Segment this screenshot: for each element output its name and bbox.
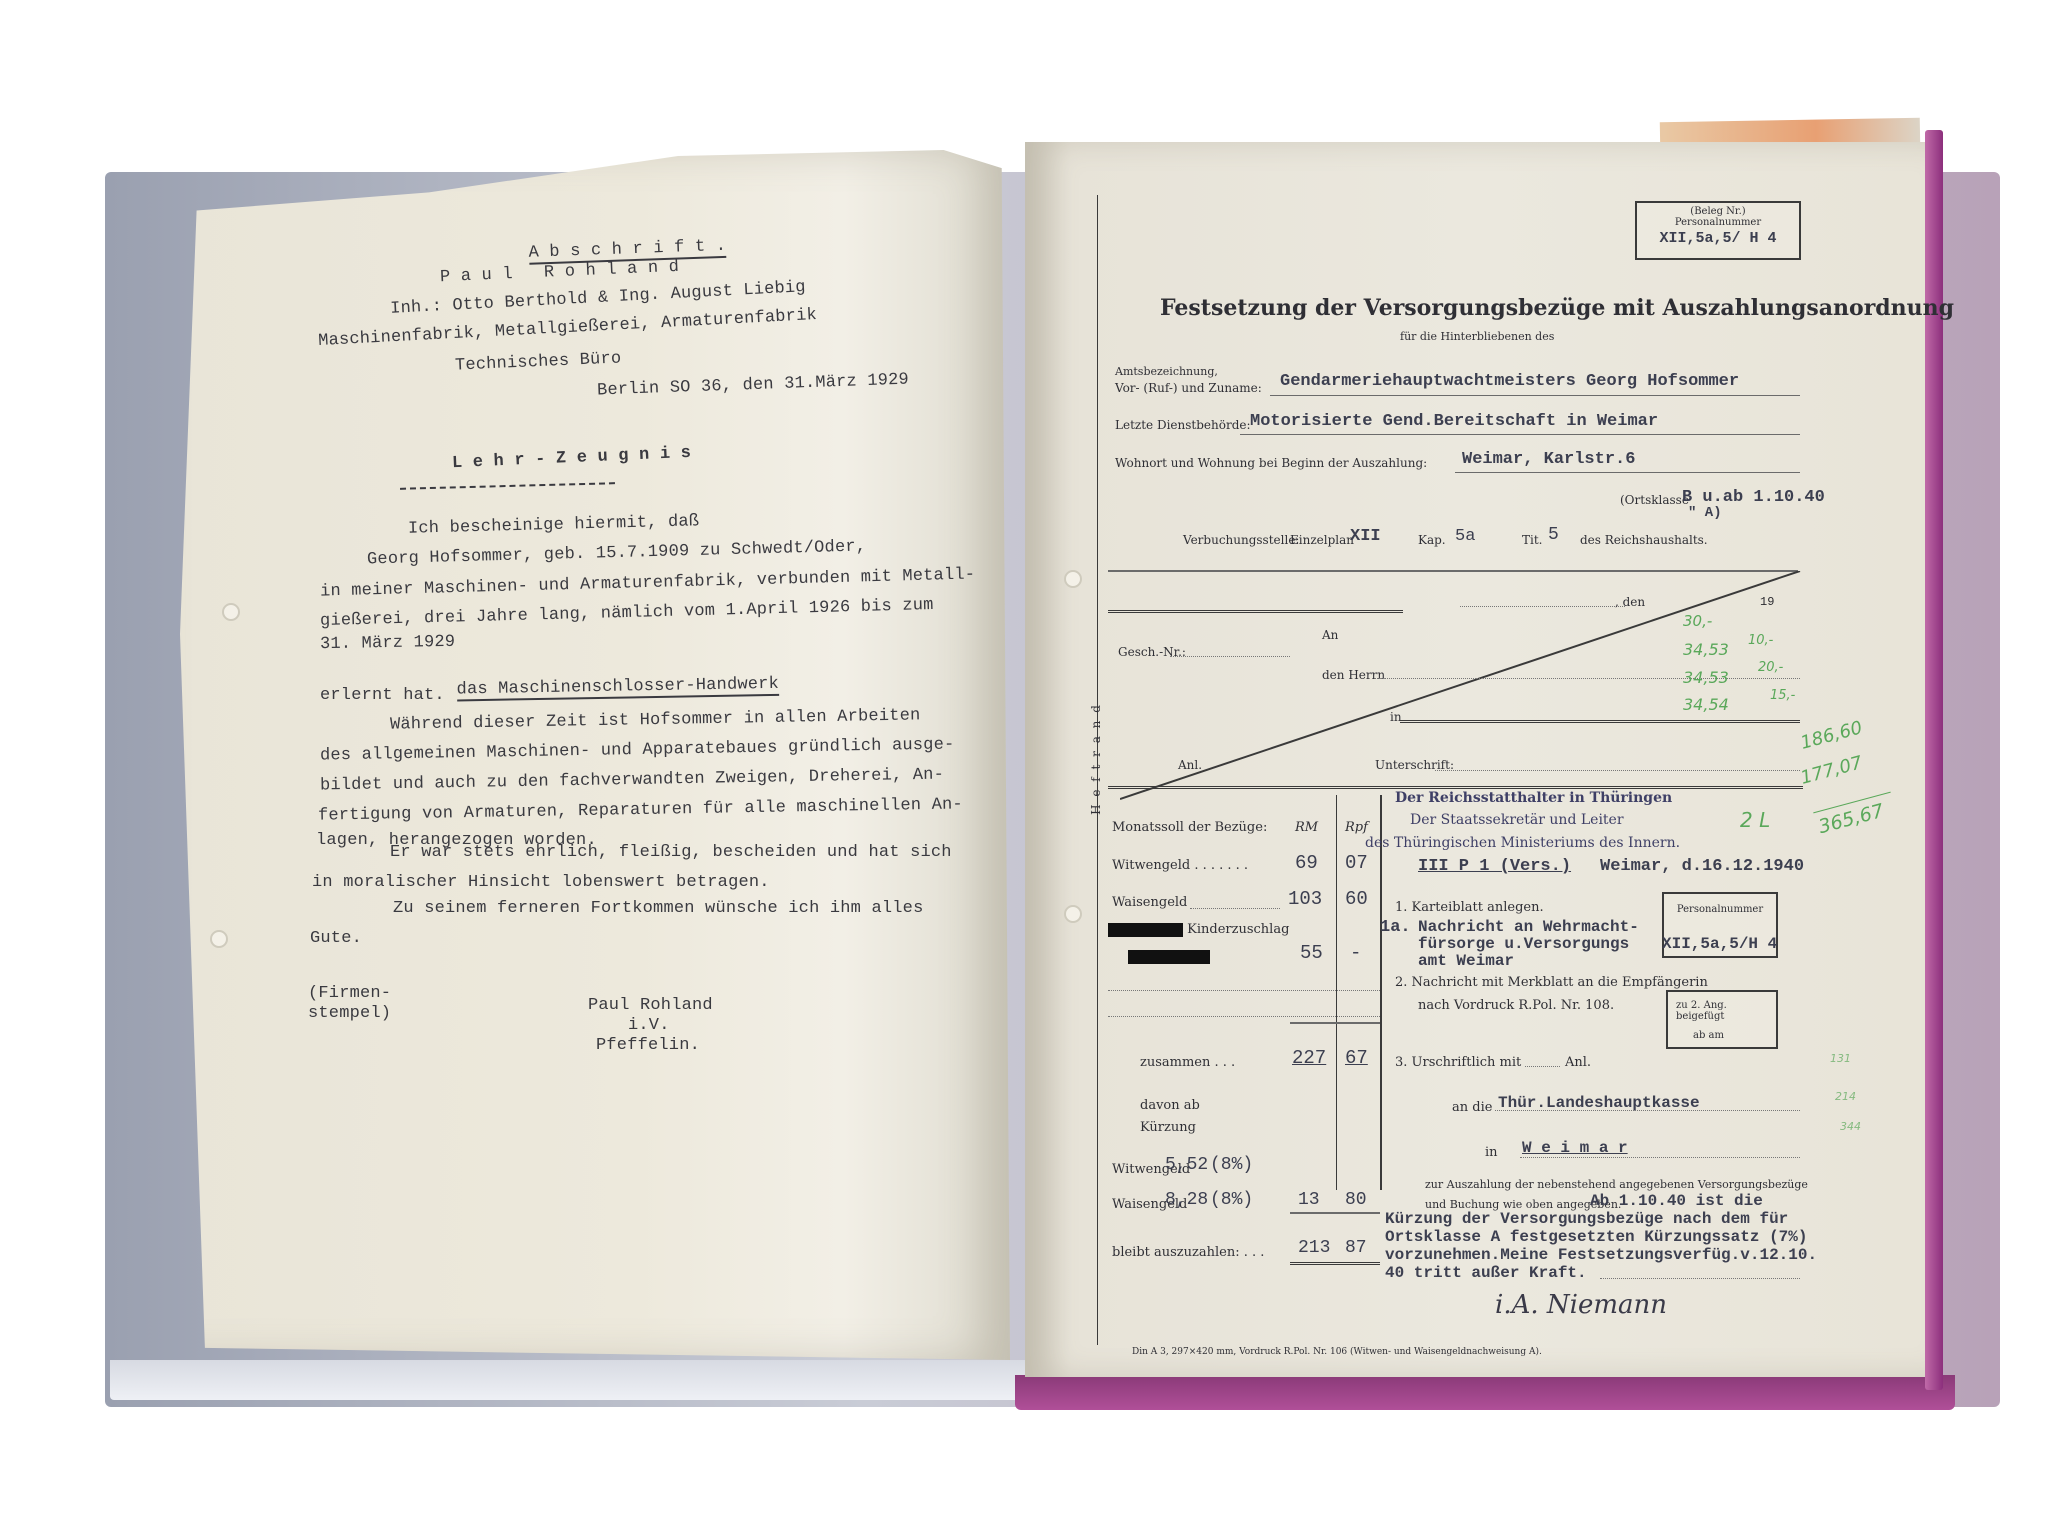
rule bbox=[1400, 720, 1800, 723]
anl-label: Anl. bbox=[1178, 758, 1202, 772]
in-label: in bbox=[1485, 1145, 1498, 1160]
reference: III P 1 (Vers.) bbox=[1418, 857, 1571, 876]
instruction-1a-num: 1a. bbox=[1380, 918, 1411, 937]
signature-name: Paul Rohland bbox=[588, 995, 713, 1017]
in-value: W e i m a r bbox=[1522, 1139, 1628, 1157]
rule bbox=[1170, 656, 1290, 657]
row-rpf: 07 bbox=[1345, 852, 1368, 874]
beleg-label: (Beleg Nr.) bbox=[1637, 206, 1799, 217]
form-footer: Din A 3, 297×420 mm, Vordruck R.Pol. Nr.… bbox=[1132, 1347, 1542, 1357]
ortsklasse-label: (Ortsklasse bbox=[1620, 493, 1689, 507]
para3-line-1: Er war stets ehrlich, fleißig, bescheide… bbox=[390, 842, 952, 864]
instruction-1a-line-2: fürsorge u.Versorgungs bbox=[1418, 935, 1629, 953]
verbuchung-label: Verbuchungsstelle: bbox=[1183, 533, 1299, 547]
redaction-bar bbox=[1128, 950, 1210, 966]
deduction-total-rpf: 80 bbox=[1345, 1190, 1367, 1210]
rule bbox=[1190, 908, 1280, 909]
punch-hole bbox=[1064, 570, 1082, 588]
pencil-side-figure: 344 bbox=[1840, 1120, 1861, 1133]
typed-note-line-1: Ab 1.10.40 ist die bbox=[1590, 1192, 1763, 1210]
payout-rm: 213 bbox=[1298, 1238, 1330, 1258]
payout-label: bleibt auszuzahlen: . . . bbox=[1112, 1245, 1264, 1260]
handwritten-signature: i.A. Niemann bbox=[1495, 1290, 1667, 1320]
beleg-number-box: (Beleg Nr.) Personalnummer XII,5a,5/ H 4 bbox=[1635, 201, 1801, 260]
beigefuegt-box: zu 2. Ang. beigefügt ab am bbox=[1666, 990, 1778, 1049]
zur-auszahlung-line-1: zur Auszahlung der nebenstehend angegebe… bbox=[1425, 1178, 1808, 1191]
rule bbox=[1460, 606, 1625, 607]
rule bbox=[1455, 472, 1800, 473]
signature-signer: Pfeffelin. bbox=[596, 1035, 700, 1057]
einzelplan-value: XII bbox=[1350, 527, 1381, 546]
personalnummer-value: XII,5a,5/H 4 bbox=[1662, 935, 1777, 953]
deduction-label-1: davon ab bbox=[1140, 1098, 1200, 1113]
bezuege-header: Monatssoll der Bezüge: bbox=[1112, 820, 1267, 835]
learned-suffix: erlernt hat. bbox=[320, 685, 445, 707]
personalnummer-label: Personalnummer bbox=[1637, 217, 1799, 228]
payout-rpf: 87 bbox=[1345, 1238, 1367, 1258]
rule bbox=[1108, 786, 1803, 789]
total-rpf: 67 bbox=[1345, 1047, 1368, 1069]
year-label: 19 bbox=[1760, 595, 1774, 609]
deduction-total-rm: 13 bbox=[1298, 1190, 1320, 1210]
pencil-note: 20,- bbox=[1758, 660, 1783, 675]
deduction-pct: (8%) bbox=[1210, 1155, 1253, 1175]
dienstbehoerde-label: Letzte Dienstbehörde: bbox=[1115, 418, 1251, 432]
row-rm: 55 bbox=[1300, 942, 1323, 964]
personalnummer-label: Personalnummer bbox=[1664, 904, 1776, 915]
deduction-pct: (8%) bbox=[1210, 1190, 1253, 1210]
rule bbox=[1375, 678, 1800, 679]
rule bbox=[1495, 1110, 1800, 1111]
rule bbox=[1270, 395, 1800, 396]
rule bbox=[1290, 1022, 1380, 1024]
stamp-line-2: Der Staatssekretär und Leiter bbox=[1410, 812, 1624, 828]
pencil-note: 15,- bbox=[1770, 688, 1795, 703]
row-label: Waisengeld bbox=[1112, 895, 1187, 910]
rule bbox=[1108, 610, 1403, 613]
wohnort-value: Weimar, Karlstr.6 bbox=[1462, 450, 1635, 469]
rule bbox=[1525, 1066, 1560, 1067]
binder-sleeve-left bbox=[110, 1360, 1030, 1400]
amtsbezeichnung-label: Amtsbezeichnung, bbox=[1115, 365, 1218, 378]
an-die-label: an die bbox=[1452, 1100, 1492, 1115]
pencil-note: 30,- bbox=[1683, 612, 1712, 630]
para3-line-2: in moralischer Hinsicht lobenswert betra… bbox=[312, 872, 770, 894]
total-label: zusammen . . . bbox=[1140, 1055, 1235, 1070]
body-line-5: 31. März 1929 bbox=[320, 632, 456, 656]
binder-sleeve-right bbox=[1015, 1375, 1955, 1410]
rule bbox=[1240, 434, 1800, 435]
row-rpf: - bbox=[1350, 942, 1361, 964]
typed-note-line-4: vorzunehmen.Meine Festsetzungsverfüg.v.1… bbox=[1385, 1246, 1817, 1264]
kap-value: 5a bbox=[1455, 527, 1475, 546]
tit-value: 5 bbox=[1548, 525, 1559, 545]
beigefuegt-line-1: zu 2. Ang. beigefügt bbox=[1676, 1000, 1776, 1022]
stamp-note-1: (Firmen- bbox=[308, 983, 391, 1005]
instruction-3-prefix: 3. Urschriftlich mit bbox=[1395, 1055, 1521, 1070]
wohnort-label: Wohnort und Wohnung bei Beginn der Ausza… bbox=[1115, 456, 1427, 470]
column-rule bbox=[1380, 795, 1382, 1190]
row-label: Kinderzuschlag bbox=[1187, 922, 1289, 937]
col-rpf: Rpf bbox=[1345, 820, 1368, 835]
instruction-1a-line-3: amt Weimar bbox=[1418, 952, 1514, 970]
an-label: An bbox=[1322, 628, 1338, 642]
redaction-bar bbox=[1108, 923, 1183, 937]
stamp-line-3: des Thüringischen Ministeriums des Inner… bbox=[1365, 835, 1680, 851]
form-title: Festsetzung der Versorgungsbezüge mit Au… bbox=[1160, 295, 1954, 321]
total-rm: 227 bbox=[1292, 1047, 1326, 1069]
pencil-note: 34,53 bbox=[1683, 640, 1729, 659]
para4-line-2: Gute. bbox=[310, 928, 362, 950]
rule bbox=[1290, 1212, 1380, 1214]
den-label: , den bbox=[1615, 595, 1645, 609]
name-label: Vor- (Ruf-) und Zuname: bbox=[1115, 381, 1262, 395]
instruction-1a-line-1: Nachricht an Wehrmacht- bbox=[1418, 918, 1639, 936]
pencil-side-figure: 131 bbox=[1830, 1052, 1851, 1065]
instruction-2-line-1: 2. Nachricht mit Merkblatt an die Empfän… bbox=[1395, 975, 1708, 990]
trade-learned: das Maschinenschlosser-Handwerk bbox=[456, 675, 779, 702]
stamp-note-2: stempel) bbox=[308, 1003, 391, 1025]
column-rule bbox=[1336, 795, 1337, 1190]
signature-iv: i.V. bbox=[628, 1015, 670, 1037]
den-herrn-label: den Herrn bbox=[1322, 668, 1385, 682]
haushalt-label: des Reichshaushalts. bbox=[1580, 533, 1708, 547]
rule bbox=[1108, 1016, 1380, 1017]
rule bbox=[1520, 1157, 1800, 1158]
typed-note-line-5: 40 tritt außer Kraft. bbox=[1385, 1264, 1587, 1282]
punch-hole bbox=[210, 930, 228, 948]
authority-place-date: Weimar, d.16.12.1940 bbox=[1600, 857, 1804, 876]
pencil-note: 10,- bbox=[1748, 633, 1773, 648]
typed-note-line-2: Kürzung der Versorgungsbezüge nach dem f… bbox=[1385, 1210, 1788, 1228]
pencil-side-figure: 214 bbox=[1835, 1090, 1856, 1103]
kap-label: Kap. bbox=[1418, 533, 1446, 547]
deduction-value: 8,28 bbox=[1165, 1190, 1208, 1210]
form-subtitle: für die Hinterbliebenen des bbox=[1400, 330, 1554, 343]
pencil-note: 34,54 bbox=[1683, 695, 1729, 714]
tit-label: Tit. bbox=[1522, 533, 1542, 547]
row-label: Witwengeld . . . . . . . bbox=[1112, 858, 1248, 873]
para4-line-1: Zu seinem ferneren Fortkommen wünsche ic… bbox=[393, 898, 924, 920]
col-rm: RM bbox=[1295, 820, 1318, 835]
instruction-1: 1. Karteiblatt anlegen. bbox=[1395, 900, 1544, 915]
ortsklasse-value-2: " A) bbox=[1688, 505, 1722, 521]
rule bbox=[1108, 990, 1380, 991]
rule bbox=[1435, 770, 1800, 771]
deduction-value: 5,52 bbox=[1165, 1155, 1208, 1175]
row-label-redacted: Kinderzuschlag bbox=[1108, 922, 1289, 937]
punch-hole bbox=[222, 603, 240, 621]
typed-note-line-3: Ortsklasse A festgesetzten Kürzungssatz … bbox=[1385, 1228, 1807, 1246]
dienstbehoerde-value: Motorisierte Gend.Bereitschaft in Weimar bbox=[1250, 412, 1658, 431]
row-rm: 69 bbox=[1295, 852, 1318, 874]
rule bbox=[1290, 1262, 1380, 1265]
row-rm: 103 bbox=[1288, 888, 1322, 910]
einzelplan-label: Einzelplan bbox=[1290, 533, 1354, 547]
instruction-2-line-2: nach Vordruck R.Pol. Nr. 108. bbox=[1418, 998, 1614, 1013]
beleg-value: XII,5a,5/ H 4 bbox=[1637, 230, 1799, 247]
row-rpf: 60 bbox=[1345, 888, 1368, 910]
beigefuegt-line-2: ab am bbox=[1693, 1030, 1776, 1041]
name-value: Gendarmeriehauptwachtmeisters Georg Hofs… bbox=[1280, 372, 1739, 391]
instruction-3-suffix: Anl. bbox=[1565, 1055, 1591, 1070]
stamp-line-1: Der Reichsstatthalter in Thüringen bbox=[1395, 790, 1672, 806]
punch-hole bbox=[1064, 905, 1082, 923]
margin-label: H e f t r a n d bbox=[1089, 703, 1103, 815]
pencil-initials: 2 L bbox=[1740, 808, 1770, 832]
rule bbox=[1600, 1278, 1800, 1279]
pencil-note: 34,53 bbox=[1683, 668, 1729, 687]
deduction-label-2: Kürzung bbox=[1140, 1120, 1196, 1135]
